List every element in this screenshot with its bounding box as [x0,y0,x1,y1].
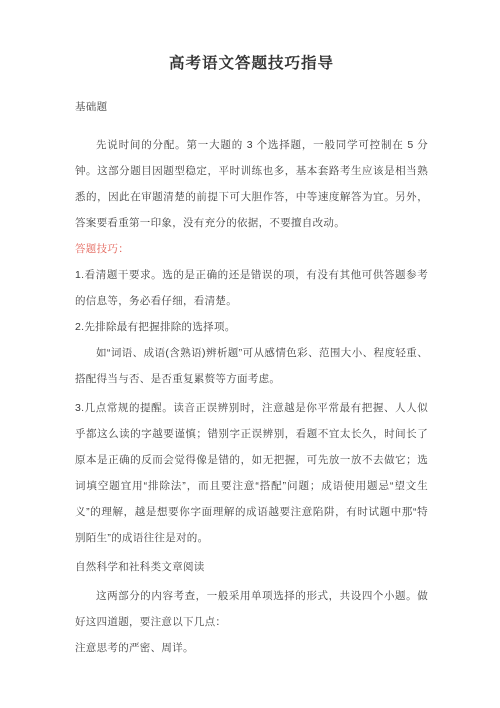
document-page: 高考语文答题技巧指导 基础题 先说时间的分配。第一大题的 3 个选择题，一般同学… [0,0,500,708]
heading-answer-tips: 答题技巧： [75,236,428,262]
paragraph-time-allocation: 先说时间的分配。第一大题的 3 个选择题，一般同学可控制在 5 分钟。这部分题目… [75,132,428,236]
paragraph-reading-intro: 这两部分的内容考查，一般采用单项选择的形式，共设四个小题。做好这四道题，要注意以… [75,583,428,635]
paragraph-tip-3: 3.几点常规的提醒。读音正误辨别时，注意越是你平常最有把握、人人似乎都这么读的字… [75,395,428,551]
paragraph-tip-2-example: 如“词语、成语(含熟语)辨析题”可从感情色彩、范围大小、程度轻重、搭配得当与否、… [75,340,428,392]
paragraph-reading-note: 注意思考的严密、周详。 [75,635,428,661]
document-title: 高考语文答题技巧指导 [75,52,428,76]
section-heading-basic: 基础题 [75,94,428,120]
paragraph-tip-2: 2.先排除最有把握排除的选择项。 [75,314,428,340]
section-heading-reading: 自然科学和社科类文章阅读 [75,554,428,580]
paragraph-tip-1: 1.看清题干要求。选的是正确的还是错误的项，有没有其他可供答题参考的信息等，务必… [75,262,428,314]
